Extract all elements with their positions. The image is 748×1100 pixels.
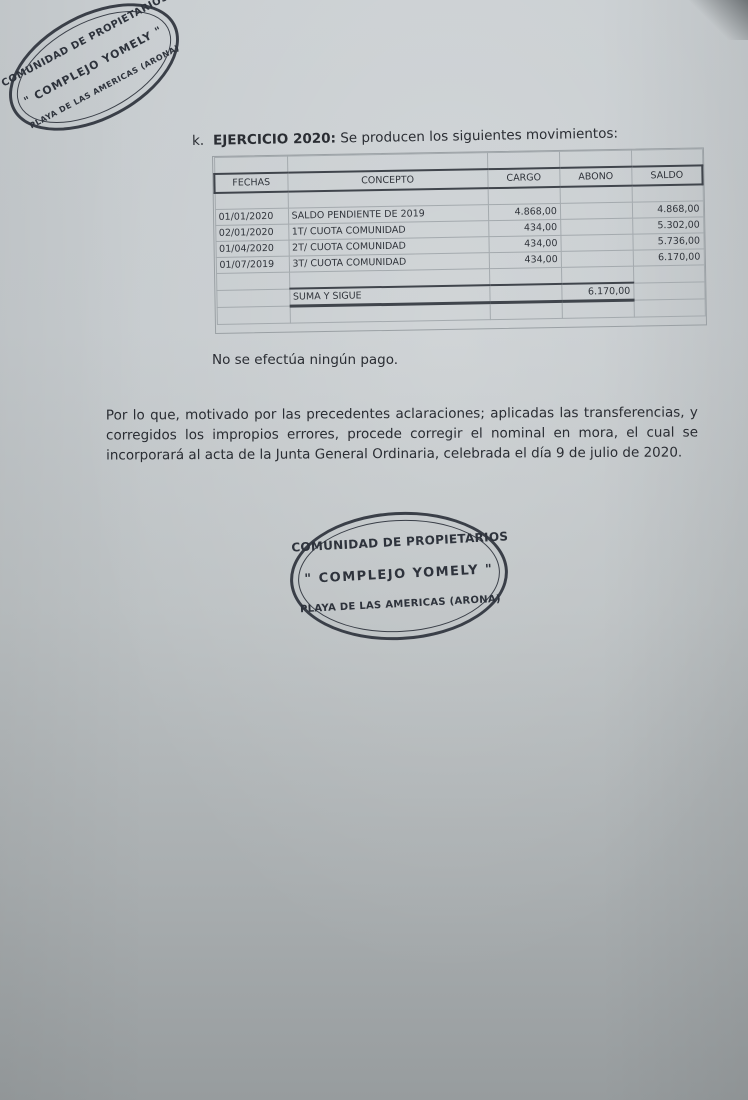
section-title: EJERCICIO 2020: <box>213 130 336 148</box>
community-stamp-top: COMUNIDAD DE PROPIETARIOS " COMPLEJO YOM… <box>0 0 200 157</box>
cell-saldo: 6.170,00 <box>633 249 704 266</box>
cell-fecha: 02/01/2020 <box>215 224 288 241</box>
cell-abono <box>560 202 632 219</box>
cell-fecha: 01/04/2020 <box>215 240 288 257</box>
cell-cargo: 434,00 <box>489 251 561 268</box>
col-header-cargo: CARGO <box>488 168 560 188</box>
cell-abono <box>561 218 633 235</box>
col-header-fechas: FECHAS <box>214 173 287 193</box>
community-stamp-center: COMUNIDAD DE PROPIETARIOS " COMPLEJO YOM… <box>287 506 511 645</box>
cell-cargo: 4.868,00 <box>488 203 560 220</box>
cell-abono <box>561 234 633 251</box>
cell-cargo: 434,00 <box>489 235 561 252</box>
cell-saldo: 5.736,00 <box>633 233 704 250</box>
section-heading: k.EJERCICIO 2020: Se producen los siguie… <box>192 126 618 149</box>
page-corner-shadow <box>688 0 748 40</box>
col-header-saldo: SALDO <box>632 165 703 185</box>
col-header-abono: ABONO <box>560 167 632 187</box>
section-marker: k. <box>192 133 204 149</box>
closing-paragraph: Por lo que, motivado por las precedentes… <box>106 402 698 465</box>
cell-cargo: 434,00 <box>489 219 561 236</box>
cell-saldo: 4.868,00 <box>632 201 703 218</box>
movements-table: FECHAS CONCEPTO CARGO ABONO SALDO 01/01/… <box>212 147 707 334</box>
cell-abono <box>561 250 633 267</box>
summary-total: 6.170,00 <box>562 283 634 302</box>
cell-saldo: 5.302,00 <box>633 217 704 234</box>
section-intro: Se producen los siguientes movimientos: <box>336 126 618 147</box>
cell-fecha: 01/01/2020 <box>215 208 288 225</box>
cell-fecha: 01/07/2019 <box>216 256 289 273</box>
no-payment-note: No se efectúa ningún pago. <box>212 352 398 368</box>
